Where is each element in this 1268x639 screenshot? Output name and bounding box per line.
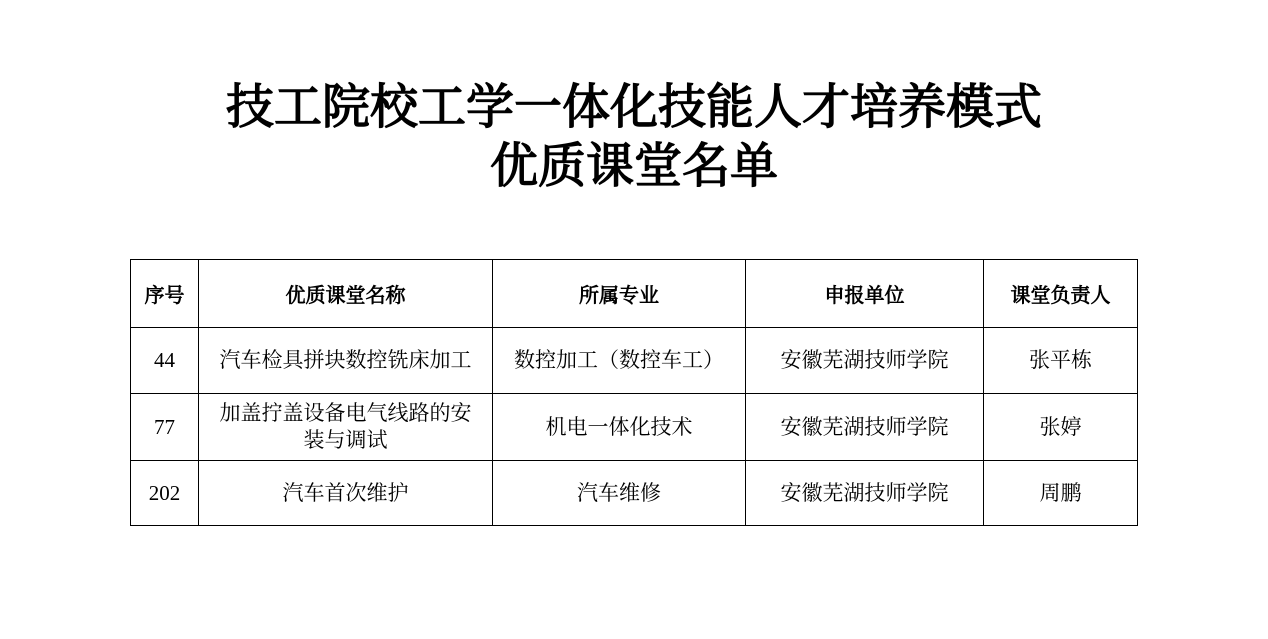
header-classroom-name: 优质课堂名称: [199, 260, 493, 328]
table-row: 77 加盖拧盖设备电气线路的安装与调试 机电一体化技术 安徽芜湖技师学院 张婷: [131, 394, 1138, 461]
cell-person-in-charge: 周鹏: [984, 461, 1138, 526]
header-applicant-unit: 申报单位: [746, 260, 984, 328]
cell-serial-number: 44: [131, 328, 199, 394]
cell-serial-number: 77: [131, 394, 199, 461]
cell-classroom-name: 汽车检具拼块数控铣床加工: [199, 328, 493, 394]
quality-classroom-table: 序号 优质课堂名称 所属专业 申报单位 课堂负责人 44 汽车检具拼块数控铣床加…: [130, 259, 1138, 526]
cell-classroom-name: 汽车首次维护: [199, 461, 493, 526]
table-row: 44 汽车检具拼块数控铣床加工 数控加工（数控车工） 安徽芜湖技师学院 张平栋: [131, 328, 1138, 394]
cell-applicant-unit: 安徽芜湖技师学院: [746, 394, 984, 461]
header-serial-number: 序号: [131, 260, 199, 328]
table-row: 202 汽车首次维护 汽车维修 安徽芜湖技师学院 周鹏: [131, 461, 1138, 526]
cell-applicant-unit: 安徽芜湖技师学院: [746, 461, 984, 526]
document-title-line1: 技工院校工学一体化技能人才培养模式: [0, 78, 1268, 137]
cell-major: 数控加工（数控车工）: [493, 328, 746, 394]
cell-serial-number: 202: [131, 461, 199, 526]
document-page: 技工院校工学一体化技能人才培养模式 优质课堂名单 序号 优质课堂名称 所属专业 …: [0, 0, 1268, 639]
cell-person-in-charge: 张平栋: [984, 328, 1138, 394]
document-title: 技工院校工学一体化技能人才培养模式 优质课堂名单: [0, 78, 1268, 196]
cell-major: 机电一体化技术: [493, 394, 746, 461]
document-title-line2: 优质课堂名单: [0, 137, 1268, 196]
table-header-row: 序号 优质课堂名称 所属专业 申报单位 课堂负责人: [131, 260, 1138, 328]
header-person-in-charge: 课堂负责人: [984, 260, 1138, 328]
cell-classroom-name: 加盖拧盖设备电气线路的安装与调试: [199, 394, 493, 461]
header-major: 所属专业: [493, 260, 746, 328]
cell-person-in-charge: 张婷: [984, 394, 1138, 461]
cell-major: 汽车维修: [493, 461, 746, 526]
cell-applicant-unit: 安徽芜湖技师学院: [746, 328, 984, 394]
